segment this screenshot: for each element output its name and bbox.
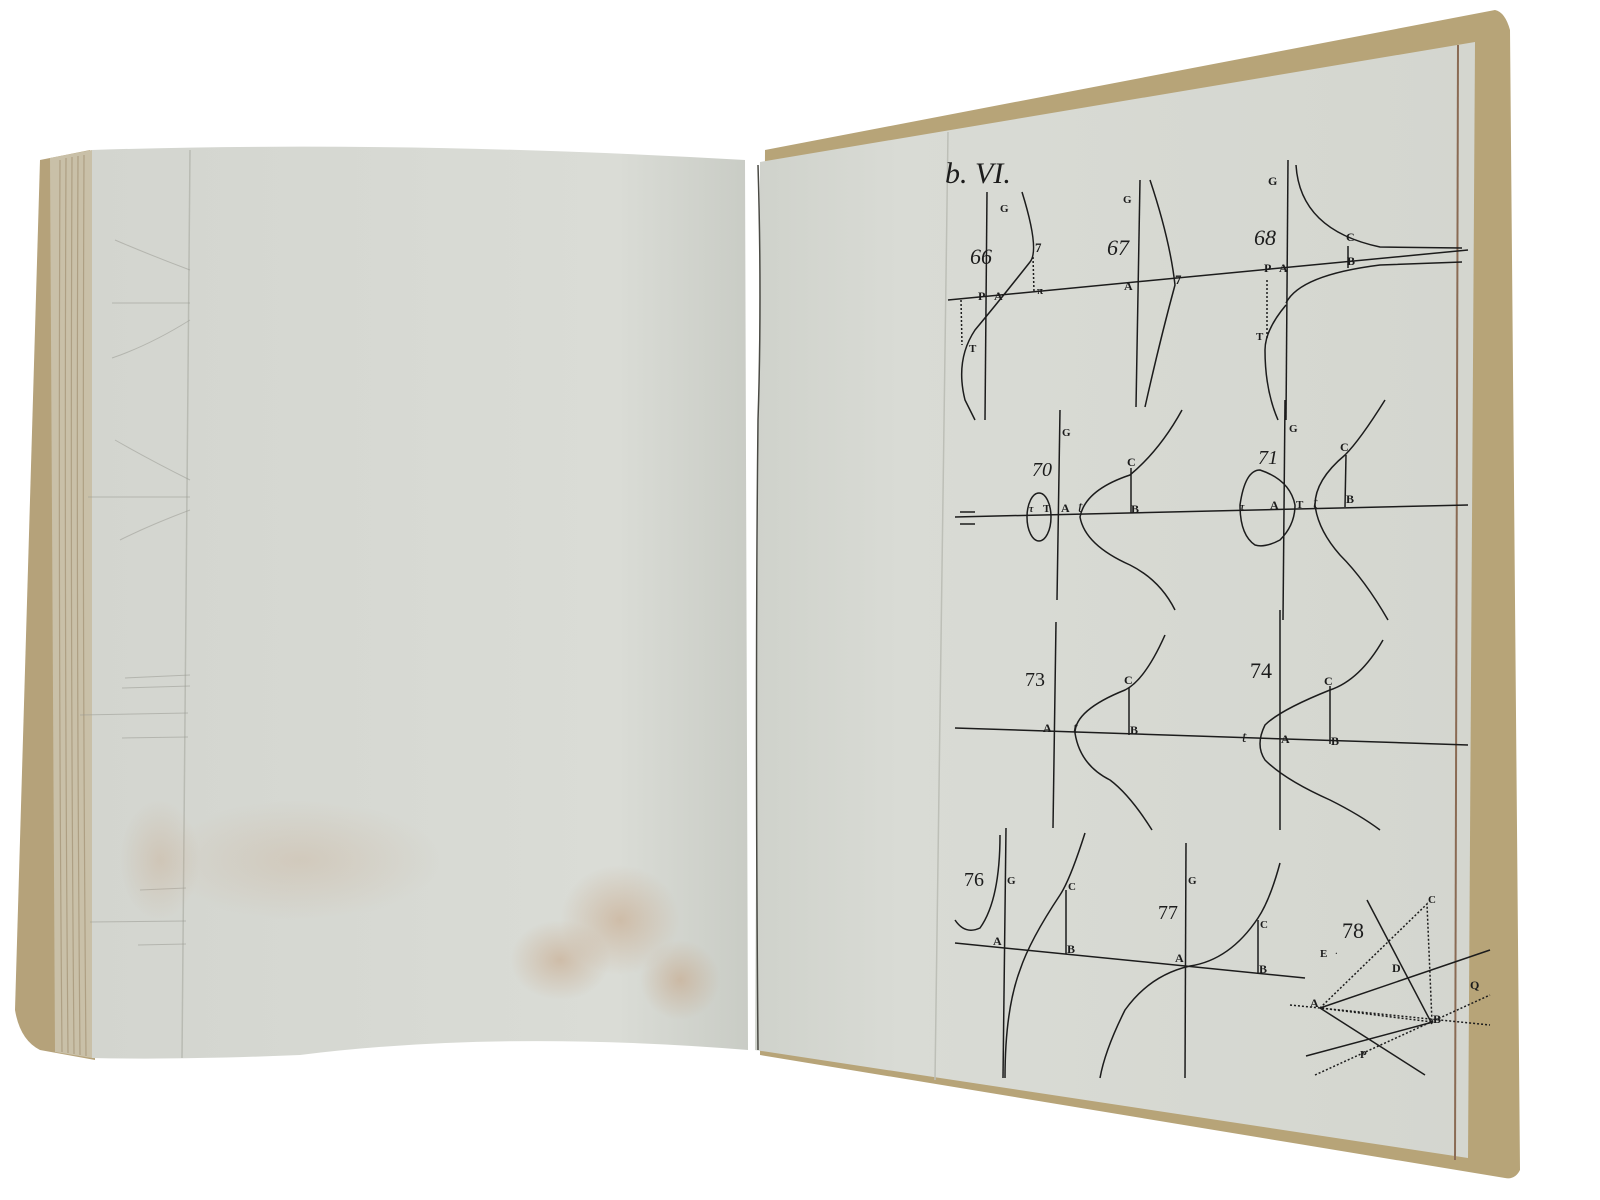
svg-text:7: 7 [1035, 240, 1042, 255]
svg-text:T: T [1296, 499, 1304, 511]
svg-text:G: G [1062, 427, 1071, 439]
svg-text:C: C [1346, 230, 1355, 244]
left-cover [15, 150, 95, 1060]
svg-text:C: C [1260, 919, 1268, 931]
svg-text:E: E [1320, 948, 1327, 960]
svg-text:C: C [1068, 881, 1076, 893]
svg-text:π: π [1037, 285, 1043, 297]
figure-number-74: 74 [1250, 658, 1272, 683]
svg-text:t: t [1073, 720, 1078, 737]
figure-number-71: 71 [1258, 447, 1278, 469]
right-page [755, 42, 1475, 1158]
figure-number-78: 78 [1342, 918, 1364, 943]
svg-text:B: B [1331, 734, 1339, 748]
figure-number-76: 76 [964, 869, 984, 891]
svg-text:τ: τ [1240, 502, 1245, 513]
svg-text:B: B [1433, 1012, 1441, 1026]
svg-text:P: P [1264, 261, 1271, 275]
svg-text:A: A [1043, 721, 1052, 735]
svg-text:A: A [1124, 279, 1133, 293]
svg-text:G: G [1289, 423, 1298, 435]
svg-text:A: A [1061, 501, 1070, 515]
svg-text:T: T [1043, 503, 1051, 515]
svg-text:7: 7 [1175, 272, 1182, 287]
svg-text:A: A [1310, 996, 1319, 1010]
svg-text:B: B [1131, 502, 1139, 516]
book-illustration: b. VI. G 66 7 π P A T G 67 A 7 G 68 C B [0, 0, 1600, 1200]
svg-text:A: A [1281, 732, 1290, 746]
svg-text:T: T [969, 343, 977, 355]
svg-text:T: T [1256, 331, 1264, 343]
svg-text:t: t [1242, 729, 1247, 746]
svg-text:G: G [1188, 875, 1197, 887]
svg-text:τ: τ [1029, 504, 1034, 515]
svg-text:A: A [1270, 498, 1279, 512]
figure-number-77: 77 [1158, 902, 1178, 924]
figure-number-68: 68 [1254, 225, 1276, 250]
svg-text:B: B [1347, 254, 1355, 268]
svg-text:G: G [1123, 194, 1132, 206]
svg-text:P: P [1360, 1049, 1367, 1061]
svg-text:A: A [993, 934, 1002, 948]
book-photo: b. VI. G 66 7 π P A T G 67 A 7 G 68 C B [0, 0, 1600, 1200]
svg-text:G: G [1007, 875, 1016, 887]
svg-text:B: B [1067, 942, 1075, 956]
svg-text:C: C [1127, 455, 1136, 469]
svg-text:C: C [1324, 674, 1333, 688]
svg-text:C: C [1340, 440, 1349, 454]
svg-text:G: G [1268, 174, 1277, 188]
figure-number-73: 73 [1025, 669, 1045, 691]
svg-text:B: B [1346, 492, 1354, 506]
svg-text:P: P [978, 289, 985, 303]
svg-text:Q: Q [1470, 978, 1479, 992]
figure-number-67: 67 [1107, 235, 1130, 260]
svg-text:A: A [994, 289, 1003, 303]
plate-title: b. VI. [945, 157, 1011, 190]
svg-text:C: C [1428, 894, 1436, 906]
svg-text:G: G [1000, 203, 1009, 215]
svg-text:C: C [1124, 673, 1133, 687]
svg-text:D: D [1392, 961, 1401, 975]
svg-text:t: t [1078, 499, 1083, 516]
svg-text:t: t [1313, 495, 1318, 512]
svg-text:A: A [1175, 951, 1184, 965]
figure-number-70: 70 [1032, 459, 1052, 481]
svg-text:A: A [1279, 261, 1288, 275]
figure-number-66: 66 [970, 244, 992, 269]
svg-text:B: B [1259, 962, 1267, 976]
svg-text:·: · [1335, 949, 1338, 958]
svg-text:B: B [1130, 723, 1138, 737]
